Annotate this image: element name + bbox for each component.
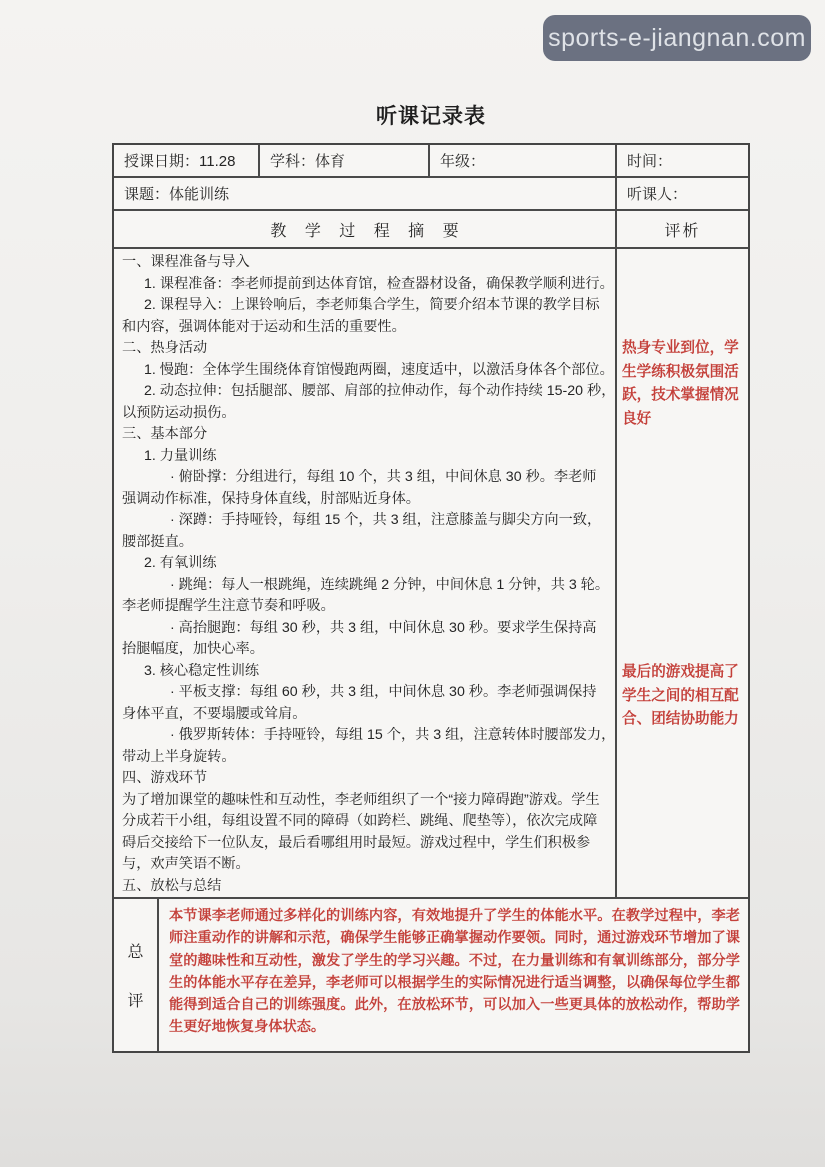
content-line: 李老师提醒学生注意节奏和呼吸。 bbox=[114, 596, 615, 618]
column-header-review: 评析 bbox=[617, 211, 748, 247]
content-line: 2. 动态拉伸：包括腿部、腰部、肩部的拉伸动作，每个动作持续 15-20 秒， bbox=[114, 381, 615, 403]
field-listener: 听课人： bbox=[617, 178, 748, 209]
content-line: 为了增加课堂的趣味性和互动性，李老师组织了一个“接力障碍跑”游戏。学生 bbox=[114, 790, 615, 812]
content-line: 1. 慢跑：全体学生围绕体育馆慢跑两圈，速度适中，以激活身体各个部位。 bbox=[114, 360, 615, 382]
content-line: · 平板支撑：每组 60 秒，共 3 组，中间休息 30 秒。李老师强调保持 bbox=[114, 682, 615, 704]
content-line: 带动上半身旋转。 bbox=[114, 747, 615, 769]
content-line: · 高抬腿跑：每组 30 秒，共 3 组，中间休息 30 秒。要求学生保持高 bbox=[114, 618, 615, 640]
content-line: · 跳绳：每人一根跳绳，连续跳绳 2 分钟，中间休息 1 分钟，共 3 轮。 bbox=[114, 575, 615, 597]
content-line: 四、游戏环节 bbox=[114, 768, 615, 790]
content-line: 强调动作标准，保持身体直线，肘部贴近身体。 bbox=[114, 489, 615, 511]
field-topic: 课题：体能训练 bbox=[114, 178, 617, 209]
summary-row: 总 评 本节课李老师通过多样化的训练内容，有效地提升了学生的体能水平。在教学过程… bbox=[114, 899, 748, 1051]
watermark-badge: sports-e-jiangnan.com bbox=[543, 15, 811, 61]
content-line: · 俄罗斯转体：手持哑铃，每组 15 个，共 3 组，注意转体时腰部发力， bbox=[114, 725, 615, 747]
column-header-teaching-process: 教 学 过 程 摘 要 bbox=[114, 211, 617, 247]
content-line: 1. 力量训练 bbox=[114, 446, 615, 468]
content-line: 2. 课程导入：上课铃响后，李老师集合学生，简要介绍本节课的教学目标 bbox=[114, 295, 615, 317]
content-line: 身体平直，不要塌腰或耸肩。 bbox=[114, 704, 615, 726]
review-annotation-column: 热身专业到位，学生学练积极氛围活跃，技术掌握情况良好最后的游戏提高了学生之间的相… bbox=[617, 249, 748, 897]
teaching-process-content: 一、课程准备与导入1. 课程准备：李老师提前到达体育馆，检查器材设备，确保教学顺… bbox=[114, 249, 617, 897]
header-row-1: 授课日期：11.28 学科：体育 年级： 时间： bbox=[114, 145, 748, 178]
summary-label-char-top: 总 bbox=[127, 939, 143, 962]
field-teaching-date: 授课日期：11.28 bbox=[114, 145, 260, 176]
content-line: 和内容，强调体能对于运动和生活的重要性。 bbox=[114, 317, 615, 339]
content-line: 分成若干小组，每组设置不同的障碍（如跨栏、跳绳、爬垫等），依次完成障 bbox=[114, 811, 615, 833]
content-line: 抬腿幅度，加快心率。 bbox=[114, 639, 615, 661]
field-subject: 学科：体育 bbox=[260, 145, 430, 176]
summary-label: 总 评 bbox=[114, 899, 159, 1051]
summary-comment: 本节课李老师通过多样化的训练内容，有效地提升了学生的体能水平。在教学过程中，李老… bbox=[159, 899, 748, 1051]
field-grade: 年级： bbox=[430, 145, 617, 176]
content-line: 一、课程准备与导入 bbox=[114, 252, 615, 274]
review-annotation: 最后的游戏提高了学生之间的相互配合、团结协助能力 bbox=[622, 661, 744, 732]
summary-label-char-bottom: 评 bbox=[127, 988, 143, 1011]
header-row-2: 课题：体能训练 听课人： bbox=[114, 178, 748, 211]
content-line: 二、热身活动 bbox=[114, 338, 615, 360]
page-title: 听课记录表 bbox=[112, 100, 750, 130]
column-header-row: 教 学 过 程 摘 要 评析 bbox=[114, 211, 748, 249]
field-time: 时间： bbox=[617, 145, 748, 176]
content-line: 腰部挺直。 bbox=[114, 532, 615, 554]
content-line: 2. 有氧训练 bbox=[114, 553, 615, 575]
content-line: 以预防运动损伤。 bbox=[114, 403, 615, 425]
review-annotation: 热身专业到位，学生学练积极氛围活跃，技术掌握情况良好 bbox=[622, 337, 744, 431]
content-line: · 深蹲：手持哑铃，每组 15 个，共 3 组，注意膝盖与脚尖方向一致， bbox=[114, 510, 615, 532]
content-line: 五、放松与总结 bbox=[114, 876, 615, 898]
content-line: · 俯卧撑：分组进行，每组 10 个，共 3 组，中间休息 30 秒。李老师 bbox=[114, 467, 615, 489]
content-line: 碍后交接给下一位队友，最后看哪组用时最短。游戏过程中，学生们积极参 bbox=[114, 833, 615, 855]
content-line: 3. 核心稳定性训练 bbox=[114, 661, 615, 683]
record-table: 授课日期：11.28 学科：体育 年级： 时间： 课题：体能训练 听课人： 教 … bbox=[112, 143, 750, 1053]
content-line: 1. 课程准备：李老师提前到达体育馆，检查器材设备，确保教学顺利进行。 bbox=[114, 274, 615, 296]
content-line: 三、基本部分 bbox=[114, 424, 615, 446]
main-row: 一、课程准备与导入1. 课程准备：李老师提前到达体育馆，检查器材设备，确保教学顺… bbox=[114, 249, 748, 899]
content-line: 与，欢声笑语不断。 bbox=[114, 854, 615, 876]
